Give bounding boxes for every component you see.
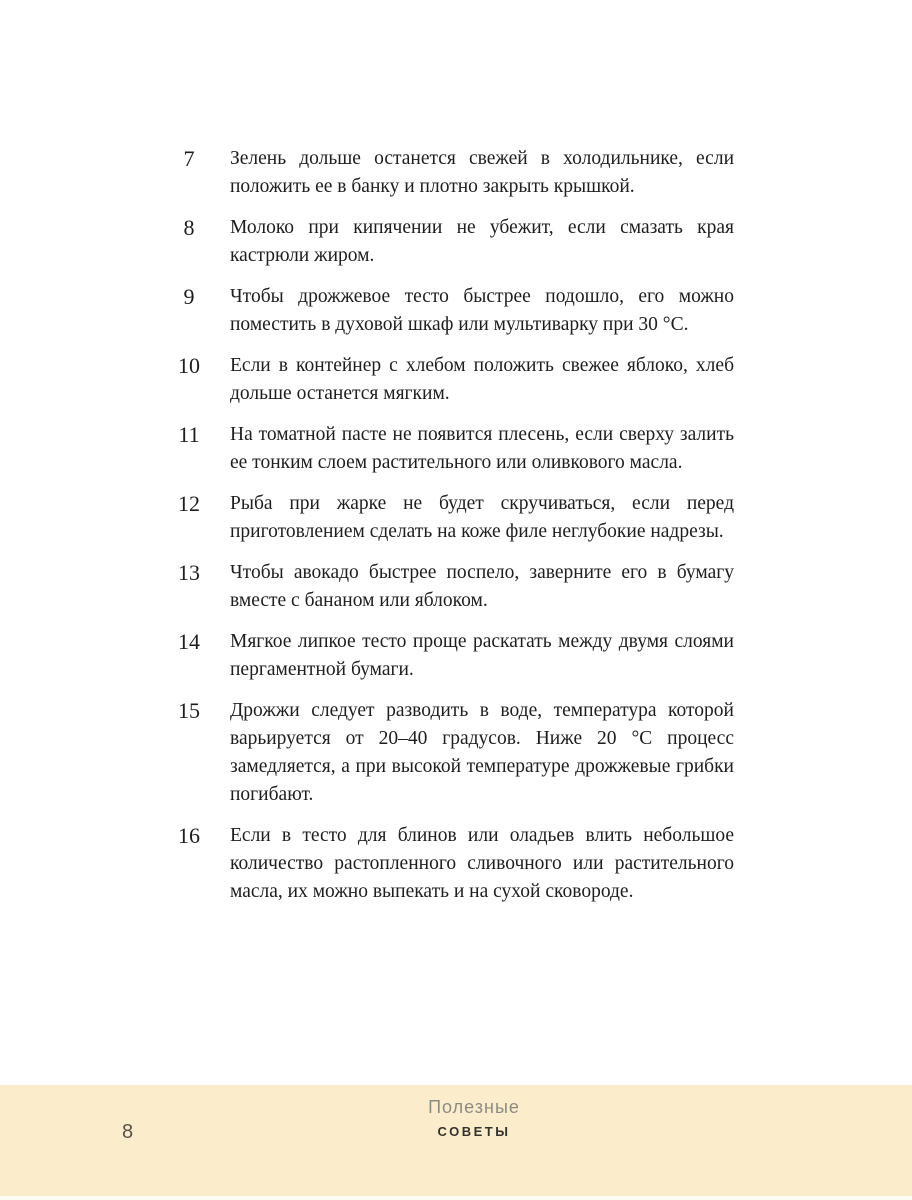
tip-number: 15 [172, 697, 206, 725]
tip-text: Чтобы дрожжевое тесто быстрее подошло, е… [230, 283, 734, 339]
tip-number: 8 [172, 214, 206, 242]
tip-number: 9 [172, 283, 206, 311]
series-title-line2: СОВЕТЫ [428, 1124, 520, 1140]
page-bottom-edge [0, 1196, 912, 1200]
tip-text: Чтобы авокадо быстрее поспело, заверните… [230, 559, 734, 615]
series-title-line1: Полезные [428, 1097, 520, 1117]
tip-number: 10 [172, 352, 206, 380]
tip-text: Мягкое липкое тесто проще раскатать межд… [230, 628, 734, 684]
tip-text: Если в контейнер с хлебом положить свеже… [230, 352, 734, 408]
tip-item-8: 8 Молоко при кипячении не убежит, если с… [172, 214, 734, 270]
tip-text: Молоко при кипячении не убежит, если сма… [230, 214, 734, 270]
tip-item-13: 13 Чтобы авокадо быстрее поспело, заверн… [172, 559, 734, 615]
footer-band: Полезные СОВЕТЫ 8 [0, 1085, 912, 1196]
tip-text: Зелень дольше останется свежей в холодил… [230, 145, 734, 201]
tip-text: Рыба при жарке не будет скручиваться, ес… [230, 490, 734, 546]
tip-item-11: 11 На томатной пасте не появится плесень… [172, 421, 734, 477]
tip-number: 14 [172, 628, 206, 656]
tip-number: 7 [172, 145, 206, 173]
book-page: 7 Зелень дольше останется свежей в холод… [0, 0, 912, 1200]
tip-number: 16 [172, 822, 206, 850]
tip-text: На томатной пасте не появится плесень, е… [230, 421, 734, 477]
page-number: 8 [122, 1121, 133, 1144]
tip-item-15: 15 Дрожжи следует разводить в воде, темп… [172, 697, 734, 809]
tip-item-12: 12 Рыба при жарке не будет скручиваться,… [172, 490, 734, 546]
tip-item-14: 14 Мягкое липкое тесто проще раскатать м… [172, 628, 734, 684]
tip-item-16: 16 Если в тесто для блинов или оладьев в… [172, 822, 734, 906]
tip-text: Дрожжи следует разводить в воде, темпера… [230, 697, 734, 809]
tip-text: Если в тесто для блинов или оладьев влит… [230, 822, 734, 906]
series-title: Полезные СОВЕТЫ [428, 1097, 520, 1140]
tip-number: 11 [172, 421, 206, 449]
tip-item-7: 7 Зелень дольше останется свежей в холод… [172, 145, 734, 201]
tips-list: 7 Зелень дольше останется свежей в холод… [172, 145, 734, 919]
tip-number: 13 [172, 559, 206, 587]
tip-number: 12 [172, 490, 206, 518]
tip-item-9: 9 Чтобы дрожжевое тесто быстрее подошло,… [172, 283, 734, 339]
tip-item-10: 10 Если в контейнер с хлебом положить св… [172, 352, 734, 408]
